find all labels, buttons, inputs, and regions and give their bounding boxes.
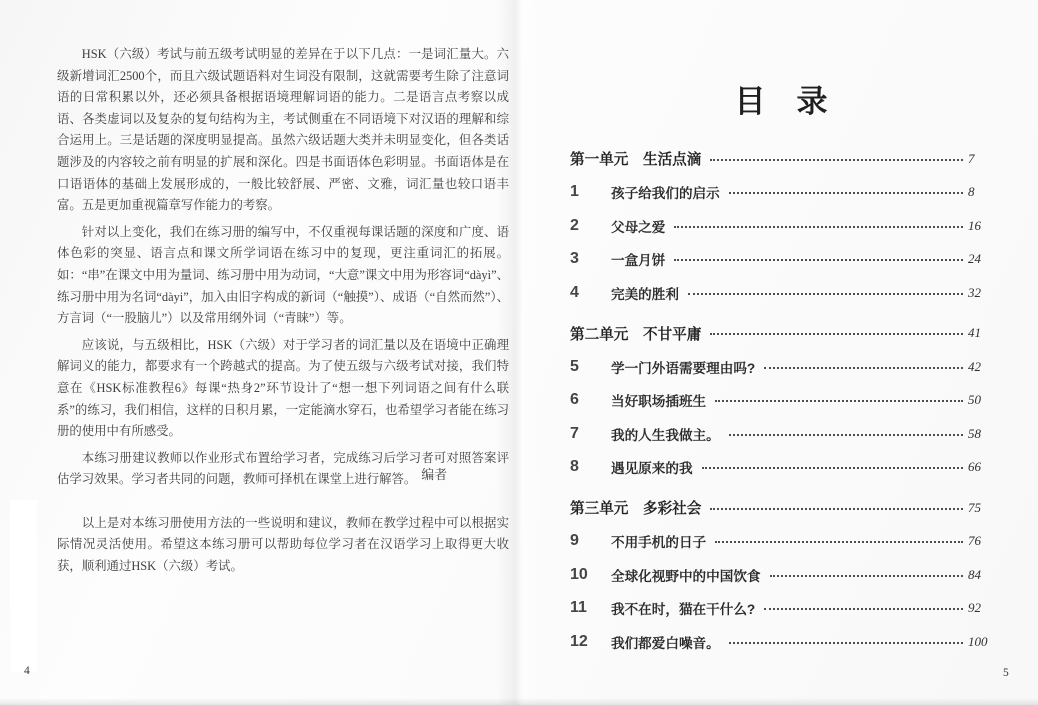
toc-dotted-leader: [688, 293, 963, 295]
preface-paragraph: 应该说，与五级相比，HSK（六级）对于学习者的词汇量以及在语境中正确理解词义的能…: [57, 335, 509, 443]
toc-lesson-row: 1孩子给我们的启示8: [570, 176, 992, 210]
toc-lesson-number: 11: [570, 599, 611, 617]
page-bottom-shadow: [0, 698, 1038, 705]
toc-lesson-number: 2: [570, 217, 611, 235]
toc-page-number: 32: [968, 285, 992, 301]
toc-lesson-row: 10全球化视野中的中国饮食84: [570, 558, 992, 592]
toc-dotted-leader: [702, 467, 963, 469]
toc-dotted-leader: [710, 508, 963, 510]
toc-lesson-row: 8遇见原来的我66: [570, 451, 992, 485]
toc-lesson-row: 3一盒月饼24: [570, 243, 992, 277]
scan-white-strip: [10, 500, 37, 672]
toc-label: 一盒月饼: [611, 249, 665, 269]
toc-dotted-leader: [770, 575, 963, 577]
left-page-number: 4: [24, 665, 30, 677]
editor-signature: 编者: [57, 464, 509, 483]
toc-dotted-leader: [674, 226, 963, 228]
preface: HSK（六级）考试与前五级考试明显的差异在于以下几点：一是词汇量大。六级新增词汇…: [57, 44, 509, 583]
toc-page-number: 41: [968, 325, 992, 341]
toc-label: 第二单元 不甘平庸: [570, 323, 701, 344]
toc-lesson-row: 12我们都爱白噪音。100: [570, 625, 992, 659]
toc-dotted-leader: [710, 333, 963, 335]
toc-page-number: 66: [968, 459, 992, 475]
toc-page-number: 24: [968, 251, 992, 267]
toc-page-number: 92: [968, 600, 992, 616]
toc-dotted-leader: [715, 400, 963, 402]
toc-dotted-leader: [715, 541, 963, 543]
toc-label: 我不在时，猫在干什么?: [611, 598, 755, 618]
toc-label: 不用手机的日子: [611, 531, 706, 551]
toc-page-number: 50: [968, 392, 992, 408]
preface-paragraph: 以上是对本练习册使用方法的一些说明和建议，教师在教学过程中可以根据实际情况灵活使…: [57, 513, 509, 578]
toc-lesson-number: 5: [570, 358, 611, 376]
toc-lesson-row: 11我不在时，猫在干什么?92: [570, 592, 992, 626]
toc-label: 孩子给我们的启示: [611, 182, 720, 202]
toc-lesson-number: 1: [570, 183, 611, 201]
toc-lesson-number: 8: [570, 458, 611, 476]
toc-dotted-leader: [674, 259, 963, 261]
toc-page-number: 16: [968, 218, 992, 234]
toc-lesson-number: 6: [570, 391, 611, 409]
toc-dotted-leader: [764, 367, 963, 369]
toc-page-number: 84: [968, 567, 992, 583]
toc-lesson-row: 4完美的胜利32: [570, 276, 992, 310]
toc-label: 全球化视野中的中国饮食: [611, 565, 761, 585]
toc-dotted-leader: [710, 159, 963, 161]
toc-page-number: 100: [968, 634, 992, 650]
toc-page-number: 8: [968, 184, 992, 200]
toc-lesson-row: 2父母之爱16: [570, 209, 992, 243]
toc-page-number: 7: [968, 151, 992, 167]
toc-lesson-number: 7: [570, 425, 611, 443]
toc-lesson-row: 7我的人生我做主。58: [570, 417, 992, 451]
right-page-number: 5: [1003, 667, 1009, 679]
toc-unit-row: 第三单元 多彩社会75: [570, 491, 992, 525]
toc-label: 我的人生我做主。: [611, 424, 720, 444]
toc-lesson-number: 10: [570, 566, 611, 584]
toc-page-number: 58: [968, 426, 992, 442]
preface-paragraph: HSK（六级）考试与前五级考试明显的差异在于以下几点：一是词汇量大。六级新增词汇…: [57, 44, 509, 217]
toc-label: 第三单元 多彩社会: [570, 497, 701, 518]
toc-lesson-number: 12: [570, 633, 611, 651]
toc-lesson-number: 9: [570, 532, 611, 550]
preface-paragraph: 针对以上变化，我们在练习册的编写中，不仅重视每课话题的深度和广度、语体色彩的突显…: [57, 222, 509, 330]
toc-dotted-leader: [764, 608, 963, 610]
toc-unit-row: 第二单元 不甘平庸41: [570, 317, 992, 351]
toc-lesson-number: 4: [570, 284, 611, 302]
toc-lesson-row: 6当好职场插班生50: [570, 384, 992, 418]
toc-page-number: 75: [968, 500, 992, 516]
toc-title: 目 录: [570, 84, 992, 120]
book-spread: HSK（六级）考试与前五级考试明显的差异在于以下几点：一是词汇量大。六级新增词汇…: [0, 0, 1038, 705]
toc-dotted-leader: [729, 192, 963, 194]
toc-label: 学一门外语需要理由吗?: [611, 357, 755, 377]
toc-label: 当好职场插班生: [611, 390, 706, 410]
toc-lesson-row: 9不用手机的日子76: [570, 525, 992, 559]
toc-page-number: 42: [968, 359, 992, 375]
toc-dotted-leader: [729, 642, 963, 644]
toc-label: 遇见原来的我: [611, 457, 693, 477]
toc-lesson-row: 5学一门外语需要理由吗?42: [570, 350, 992, 384]
toc-unit-row: 第一单元 生活点滴7: [570, 142, 992, 176]
toc-label: 我们都爱白噪音。: [611, 632, 720, 652]
toc-label: 完美的胜利: [611, 283, 679, 303]
toc-label: 第一单元 生活点滴: [570, 148, 701, 169]
toc-list: 第一单元 生活点滴71孩子给我们的启示82父母之爱163一盒月饼244完美的胜利…: [570, 142, 992, 659]
toc-lesson-number: 3: [570, 250, 611, 268]
toc-dotted-leader: [729, 434, 963, 436]
toc-label: 父母之爱: [611, 216, 665, 236]
toc-page-number: 76: [968, 533, 992, 549]
